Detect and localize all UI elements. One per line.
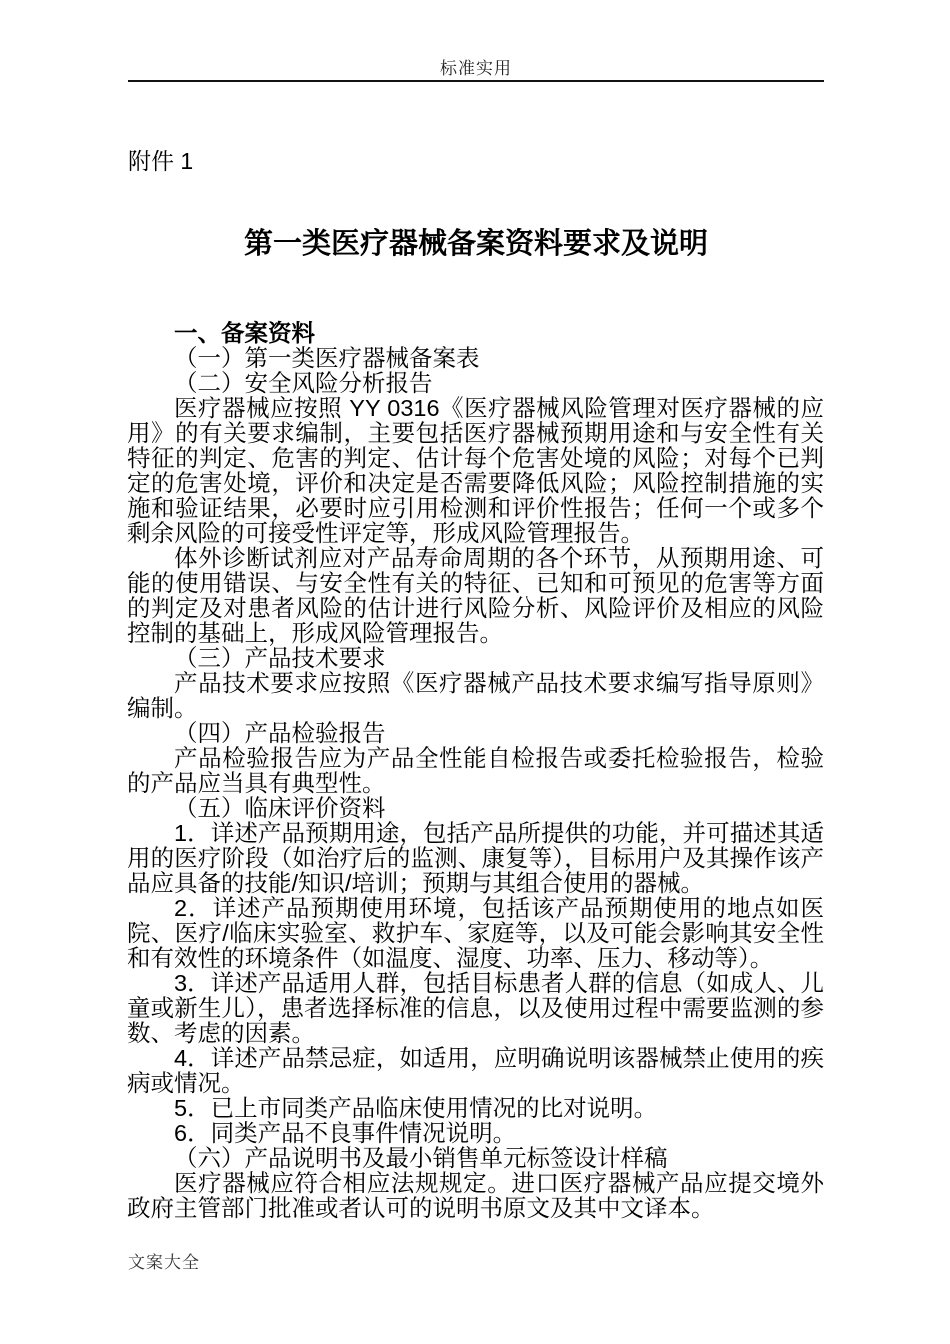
paragraph: 医疗器械应按照 YY 0316《医疗器械风险管理对医疗器械的应用》的有关要求编制… [127, 396, 824, 546]
paragraph: （三）产品技术要求 [127, 646, 824, 671]
paragraph: 产品检验报告应为产品全性能自检报告或委托检验报告，检验的产品应当具有典型性。 [127, 746, 824, 796]
paragraph: 1．详述产品预期用途，包括产品所提供的功能，并可描述其适用的医疗阶段（如治疗后的… [127, 821, 824, 896]
document-body: 一、备案资料（一）第一类医疗器械备案表（二）安全风险分析报告医疗器械应按照 YY… [127, 321, 824, 1221]
paragraph: 一、备案资料 [127, 321, 824, 346]
paragraph: （五）临床评价资料 [127, 796, 824, 821]
paragraph: 4．详述产品禁忌症，如适用，应明确说明该器械禁止使用的疾病或情况。 [127, 1046, 824, 1096]
paragraph: 产品技术要求应按照《医疗器械产品技术要求编写指导原则》编制。 [127, 671, 824, 721]
paragraph: 3．详述产品适用人群，包括目标患者人群的信息（如成人、儿童或新生儿），患者选择标… [127, 971, 824, 1046]
paragraph: 体外诊断试剂应对产品寿命周期的各个环节，从预期用途、可能的使用错误、与安全性有关… [127, 546, 824, 646]
paragraph: （六）产品说明书及最小销售单元标签设计样稿 [127, 1146, 824, 1171]
paragraph: 医疗器械应符合相应法规规定。进口医疗器械产品应提交境外政府主管部门批准或者认可的… [127, 1171, 824, 1221]
page-title: 第一类医疗器械备案资料要求及说明 [128, 221, 824, 262]
page-footer: 文案大全 [128, 1248, 200, 1273]
paragraph: 2．详述产品预期使用环境，包括该产品预期使用的地点如医院、医疗/临床实验室、救护… [127, 896, 824, 971]
header-rule [128, 80, 824, 82]
page-header-text: 标准实用 [128, 54, 824, 79]
attachment-label: 附件 1 [128, 143, 193, 176]
paragraph: 6．同类产品不良事件情况说明。 [127, 1121, 824, 1146]
paragraph: （一）第一类医疗器械备案表 [127, 346, 824, 371]
document-page: 标准实用 附件 1 第一类医疗器械备案资料要求及说明 一、备案资料（一）第一类医… [0, 0, 950, 1344]
paragraph: （二）安全风险分析报告 [127, 371, 824, 396]
paragraph: （四）产品检验报告 [127, 721, 824, 746]
paragraph: 5．已上市同类产品临床使用情况的比对说明。 [127, 1096, 824, 1121]
